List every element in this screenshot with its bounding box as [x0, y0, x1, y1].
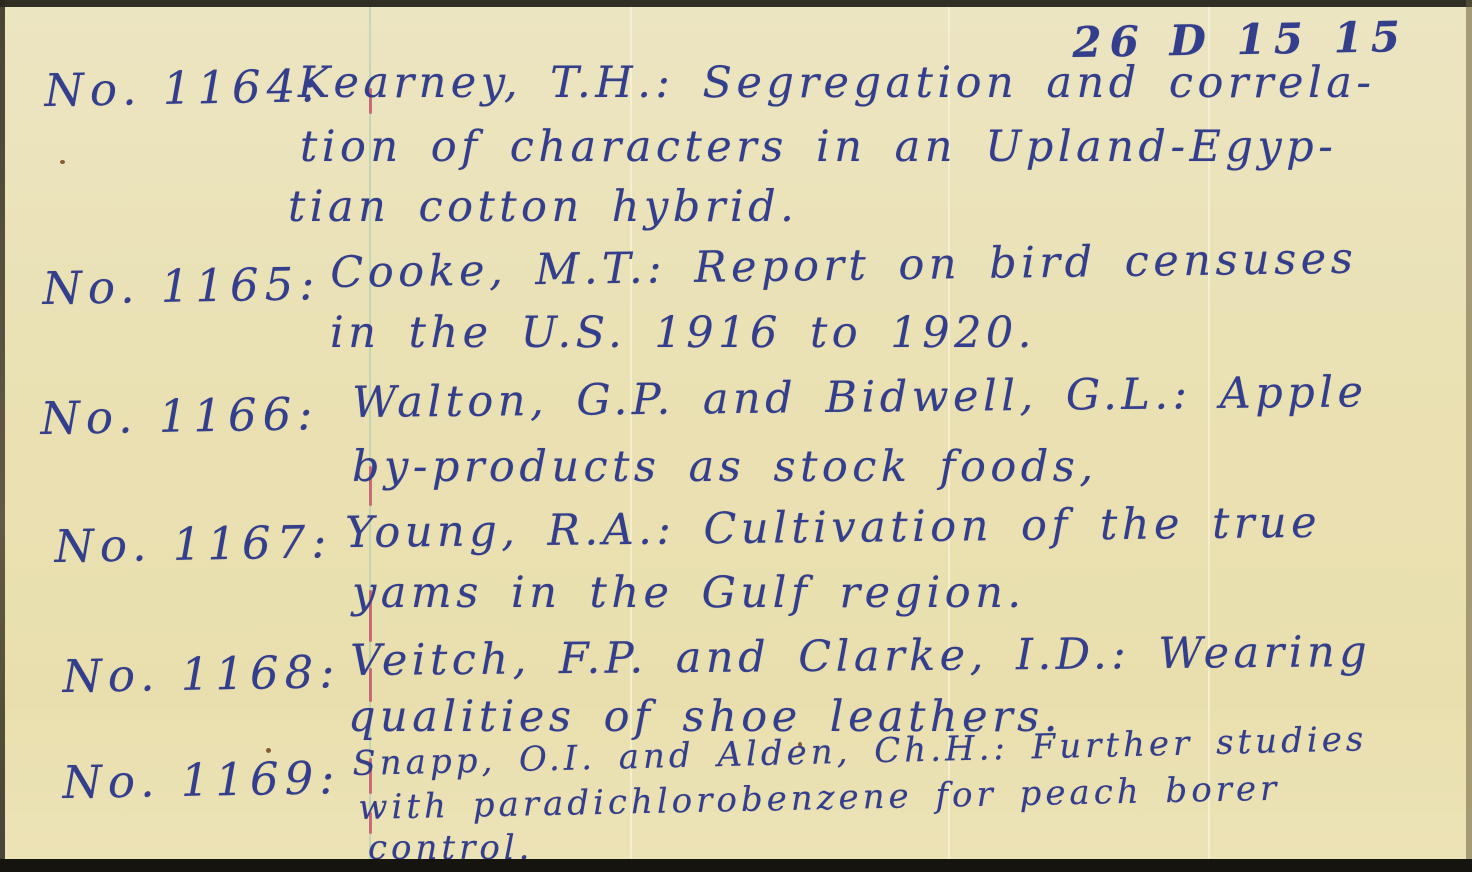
- entry-1165-line-1: Cooke, M.T.: Report on bird censuses: [330, 234, 1358, 298]
- entry-1167-number: No. 1167:: [54, 515, 333, 573]
- scan-edge-left: [0, 0, 5, 872]
- entry-1167-line-1: Young, R.A.: Cultivation of the true: [345, 498, 1321, 558]
- scan-edge-top: [0, 0, 1472, 7]
- entry-1166-number: No. 1166:: [40, 387, 319, 445]
- entry-1168-line-1: Veitch, F.P. and Clarke, I.D.: Wearing: [350, 627, 1371, 686]
- entry-1164-number: No. 1164:: [44, 59, 323, 117]
- entry-1168-number: No. 1168:: [62, 645, 341, 703]
- entry-1164-line-1: Kearney, T.H.: Segregation and correla-: [298, 58, 1375, 108]
- index-card: 26 D 15 15 No. 1164: Kearney, T.H.: Segr…: [0, 0, 1472, 872]
- entry-1164-line-3: tian cotton hybrid.: [288, 182, 798, 232]
- card-speck: [60, 160, 65, 164]
- entry-1166-line-1: Walton, G.P. and Bidwell, G.L.: Apple: [352, 367, 1368, 428]
- entry-1165-number: No. 1165:: [42, 257, 321, 315]
- scan-edge-bottom: [0, 859, 1472, 872]
- entry-1166-line-2: by-products as stock foods,: [352, 442, 1098, 492]
- entry-1164-line-2: tion of characters in an Upland-Egyp-: [300, 122, 1337, 172]
- entry-1165-line-2: in the U.S. 1916 to 1920.: [330, 308, 1036, 358]
- scan-edge-right: [1466, 0, 1472, 872]
- entry-1167-line-2: yams in the Gulf region.: [352, 568, 1026, 618]
- entry-1169-number: No. 1169:: [62, 751, 341, 809]
